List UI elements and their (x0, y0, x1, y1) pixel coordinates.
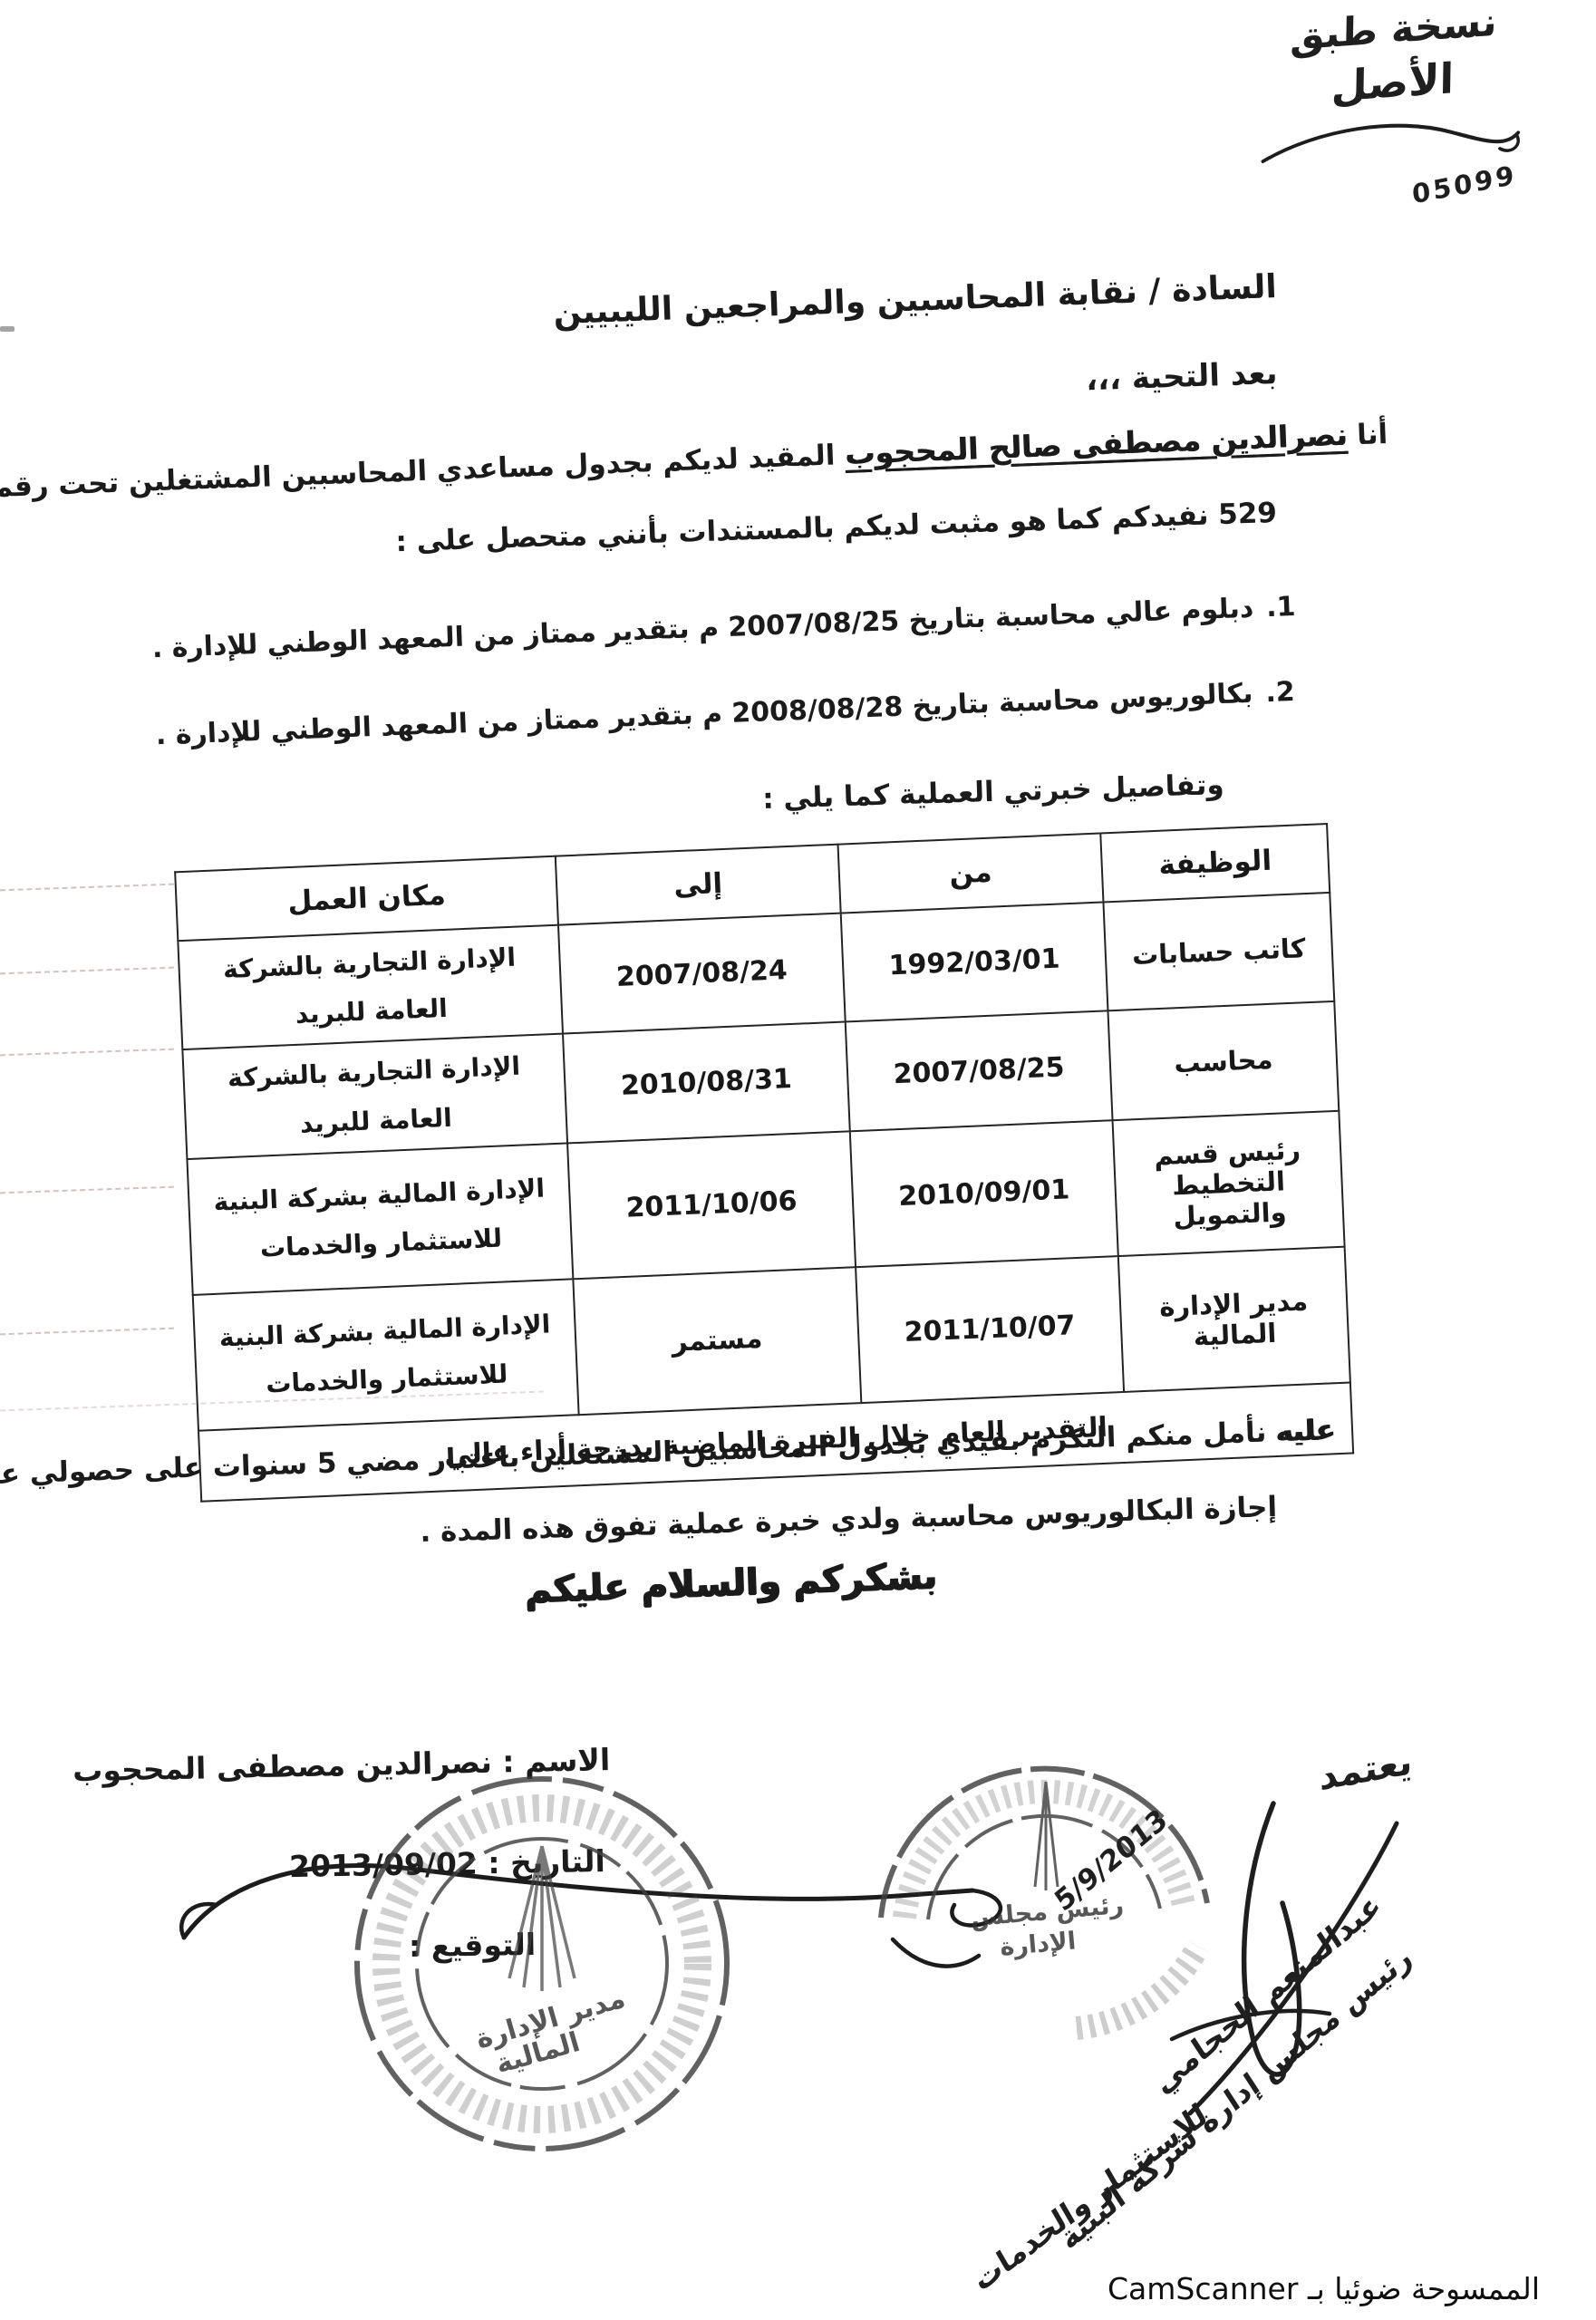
camscanner-watermark-text: الممسوحة ضوئيا بـ (1308, 2271, 1540, 2306)
scanned-letter-page: نسخة طبق الأصل 05099 السادة / نقابة المح… (0, 0, 1596, 2320)
experience-intro: وتفاصيل خبرتي العملية كما يلي : (762, 768, 1224, 816)
cell-to: 2011/10/06 (567, 1131, 856, 1279)
col-header-to: إلى (556, 845, 841, 925)
scan-artifact-line (0, 1186, 174, 1194)
approver-title-line2: للاستثمار والخدمات (967, 2096, 1213, 2299)
cell-position: مدير الإدارة المالية (1118, 1246, 1350, 1391)
qualification-1-number: 1. (1265, 591, 1296, 623)
experience-table: الوظيفة من إلى مكان العمل كاتب حسابات 19… (174, 823, 1354, 1502)
scan-artifact-line (0, 1049, 174, 1057)
right-stamp-title-line1: رئيس مجلس (969, 1891, 1125, 1933)
cell-from: 2010/09/01 (850, 1120, 1118, 1267)
intro-line2: 529 نفيدكم كما هو مثبت لديكم بالمستندات … (395, 497, 1278, 558)
cell-workplace: الإدارة المالية بشركة البنية للاستثمار و… (187, 1143, 573, 1294)
col-header-from: من (838, 834, 1104, 913)
scan-speck (0, 326, 15, 332)
cell-position: محاسب (1108, 1001, 1339, 1120)
qualification-2-number: 2. (1265, 676, 1296, 709)
right-stamp-title-line2: الإدارة (999, 1927, 1077, 1961)
experience-table-container: الوظيفة من إلى مكان العمل كاتب حسابات 19… (176, 823, 1354, 1502)
closing-bold-word: عليه (1275, 1414, 1335, 1448)
cell-from: 2011/10/07 (856, 1256, 1124, 1403)
farewell-calligraphy: بشكركم والسلام عليكم (525, 1555, 938, 1611)
cell-to: 2007/08/24 (558, 913, 846, 1034)
qualification-2-text: بكالوريوس محاسبة بتاريخ 2008/08/28 م بتق… (156, 678, 1254, 751)
cell-from: 2007/08/25 (846, 1011, 1113, 1131)
applicant-name-inline: نصرالدين مصطفى صالح المحجوب (844, 417, 1348, 471)
cell-position: كاتب حسابات (1103, 893, 1334, 1011)
col-header-position: الوظيفة (1100, 824, 1330, 902)
intro-prefix: أنا (1347, 418, 1388, 452)
qualification-1-text: دبلوم عالي محاسبة بتاريخ 2007/08/25 م بت… (151, 593, 1254, 665)
cell-workplace: الإدارة التجارية بالشركة العامة للبريد (178, 925, 563, 1050)
closing-line2: إجازة البكالوريوس محاسبة ولدي خبرة عملية… (420, 1491, 1278, 1549)
camscanner-watermark: الممسوحة ضوئيا بـ CamScanner (1108, 2271, 1540, 2306)
scan-artifact-line (0, 1328, 174, 1336)
scan-artifact-line (0, 967, 174, 975)
finance-manager-stamp: مدير الإدارة المالية (326, 1763, 761, 2180)
cell-workplace: الإدارة المالية بشركة البنية للاستثمار و… (193, 1279, 579, 1430)
cell-to: مستمر (573, 1267, 861, 1415)
cell-from: 1992/03/01 (841, 902, 1108, 1021)
letter-greeting: بعد التحية ،،، (1085, 355, 1278, 398)
handwritten-copy-note: نسخة طبق الأصل 05099 (1236, 0, 1547, 225)
letter-to-line: السادة / نقابة المحاسبين والمراجعين اللي… (553, 268, 1278, 332)
cell-to: 2010/08/31 (563, 1022, 850, 1143)
cell-position: رئيس قسم التخطيط والتمويل (1113, 1111, 1345, 1256)
qualification-item-1: 1.دبلوم عالي محاسبة بتاريخ 2007/08/25 م … (151, 591, 1296, 664)
scan-artifact-line (0, 884, 174, 892)
intro-after-name: المقيد لديكم بجدول مساعدي المحاسبين المش… (0, 439, 846, 504)
intro-line1: أنا نصرالدين مصطفى صالح المحجوب المقيد ل… (0, 415, 1388, 504)
qualification-item-2: 2.بكالوريوس محاسبة بتاريخ 2008/08/28 م ب… (156, 676, 1296, 751)
cell-workplace: الإدارة التجارية بالشركة العامة للبريد (182, 1034, 567, 1159)
camscanner-app-name: CamScanner (1108, 2271, 1298, 2306)
